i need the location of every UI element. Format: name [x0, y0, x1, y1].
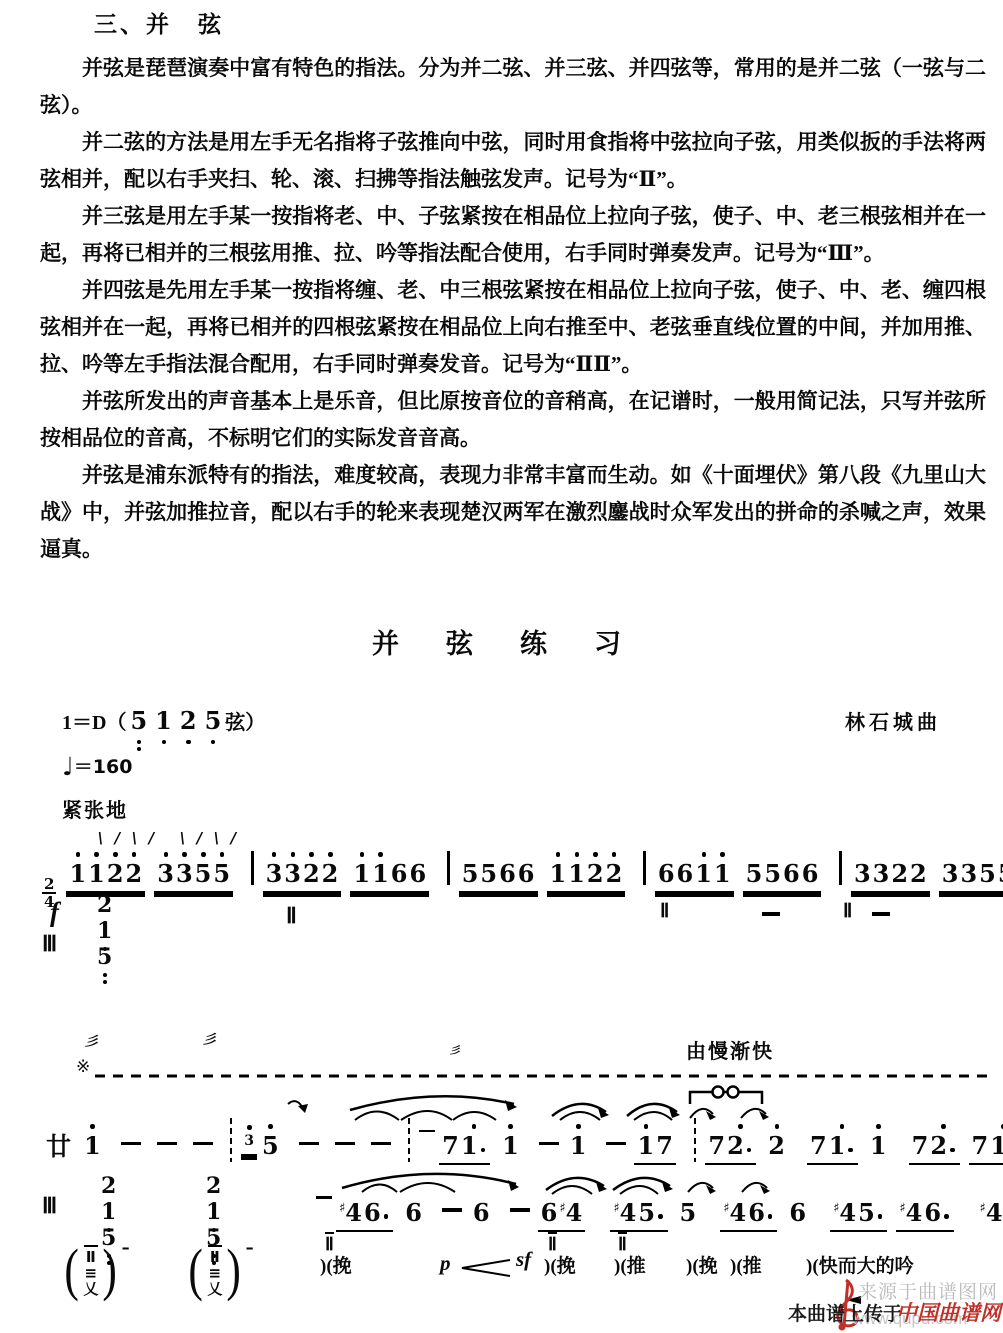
augmentation-dot: [950, 1148, 955, 1153]
octave-dot-above: [113, 852, 118, 857]
chord-note: 2: [100, 1174, 117, 1200]
note-digit: 1: [714, 859, 731, 888]
note-group: ♯45: [610, 1200, 667, 1232]
note-digit: 3: [157, 859, 174, 888]
octave-dot-below: [211, 740, 216, 745]
note-digit: 1: [461, 1131, 478, 1160]
note-group: 71: [439, 1133, 490, 1165]
jianpu-note: 1: [372, 861, 389, 887]
jianpu-note: ♯4: [613, 1200, 636, 1226]
note-digit: 7: [656, 1131, 673, 1160]
jianpu-note: 3: [854, 861, 871, 887]
note-digit: 6: [802, 859, 819, 888]
jianpu-note: 5: [97, 945, 112, 969]
note-digit: 6: [364, 1198, 381, 1227]
octave-dot-above: [90, 1124, 95, 1129]
note-digit: 6: [518, 859, 535, 888]
octave-dot-below: [162, 740, 167, 745]
jianpu-note: 2: [126, 861, 143, 887]
jianpu-note: 5: [195, 861, 212, 887]
note-digit: 1: [353, 859, 370, 888]
annotation-dyn-s: p: [440, 1252, 451, 1274]
augmentation-dot: [384, 1214, 389, 1219]
jianpu-note: 5: [680, 1200, 697, 1226]
jianpu-note: 6: [789, 1200, 806, 1226]
jianpu-note: 7: [442, 1133, 459, 1159]
expression-marking: 紧张地: [62, 798, 128, 824]
jianpu-note: 5: [979, 861, 996, 887]
note-group: 6: [470, 1200, 493, 1230]
note-digit: 3: [960, 859, 977, 888]
note-digit: 6: [748, 1198, 765, 1227]
octave-dot-above: [876, 1124, 881, 1129]
note-group: 3: [241, 1132, 257, 1156]
jianpu-system-2-upper-voice: 廿13571111772271172717: [46, 1118, 1003, 1165]
note-digit: 6: [658, 859, 675, 888]
jianpu-note: 1: [568, 861, 585, 887]
jianpu-note: 6: [783, 861, 800, 887]
jianpu-note: 7: [912, 1133, 929, 1159]
jianpu-note: 5: [746, 861, 763, 887]
fingering-glyph: ≡: [85, 1265, 98, 1281]
augmentation-dot: [848, 1148, 853, 1153]
jianpu-note: 1: [461, 1133, 487, 1159]
note-group: 2: [765, 1133, 788, 1163]
augmentation-dot: [747, 1148, 752, 1153]
crescendo-hairpin: [462, 1260, 510, 1276]
dash-superscript: –: [122, 1240, 130, 1256]
note-digit: 1: [155, 706, 172, 735]
annotation-dyn: f: [50, 898, 59, 926]
octave-dot-above: [472, 1124, 477, 1129]
note-digit: 7: [708, 1131, 725, 1160]
note-digit: 1: [69, 859, 86, 888]
note-digit: 4: [730, 1198, 747, 1227]
annotation-fing: )(挽: [320, 1256, 352, 1278]
note-group: 17: [634, 1133, 675, 1165]
jianpu-note: 5: [998, 861, 1003, 887]
note-group: 1166: [350, 861, 429, 893]
jianpu-note: 5: [213, 861, 230, 887]
duration-dash: [299, 1142, 319, 1146]
annotation-trem: 彡: [201, 1033, 216, 1048]
annotation-rn: Ⅲ: [42, 932, 57, 956]
jianpu-note: 1: [870, 1133, 887, 1159]
jianpu-note: 7: [810, 1133, 827, 1159]
duration-dash: [539, 1142, 559, 1146]
note-digit: 5: [262, 1131, 279, 1160]
note-digit: 5: [746, 859, 763, 888]
note-digit: 5: [130, 706, 147, 735]
note-digit: 6: [783, 859, 800, 888]
note-digit: 5: [462, 859, 479, 888]
jianpu-note: 2: [97, 893, 112, 917]
paragraph: 并弦所发出的声音基本上是乐音，但比原按音位的音稍高，在记谱时，一般用简记法，只写…: [40, 383, 986, 457]
note-digit: 1: [568, 859, 585, 888]
jianpu-note: 5: [462, 861, 479, 887]
jianpu-note: 2: [930, 1133, 956, 1159]
note-group: 5: [677, 1200, 700, 1230]
jianpu-note: 6: [473, 1200, 490, 1226]
tempo-marking: ♩＝160: [62, 752, 132, 782]
jianpu-note: 6: [541, 1200, 558, 1226]
note-group: 5566: [743, 861, 822, 893]
jianpu-note: 7: [972, 1133, 989, 1159]
octave-dot-above: [291, 852, 296, 857]
annotation-cn: 由慢渐快: [686, 1040, 774, 1064]
note-digit: 3: [176, 859, 193, 888]
jianpu-note: 6: [391, 861, 408, 887]
duration-dash: [335, 1142, 355, 1146]
jianpu-note: 6: [658, 861, 675, 887]
octave-dot-above: [702, 852, 707, 857]
annotation-fing: )(挽: [686, 1256, 718, 1278]
jianpu-note: 1: [502, 1133, 519, 1159]
jianpu-note: 5: [764, 861, 781, 887]
note-digit: 1: [695, 859, 712, 888]
note-digit: 2: [180, 706, 197, 735]
annotation-trem-s: 彡: [448, 1045, 460, 1057]
jianpu-note: ♯4: [723, 1200, 746, 1226]
octave-dot-above: [247, 1125, 252, 1130]
jianpu-note: ♯4: [980, 1200, 1003, 1226]
section-title: 三、并 弦: [94, 10, 986, 40]
stroke-bar: [208, 1245, 222, 1248]
barline: [643, 851, 646, 885]
note-group: 1122: [547, 861, 626, 893]
duration-dash: [442, 1208, 462, 1212]
jianpu-note: 3: [284, 861, 301, 887]
jianpu-note: 1: [84, 1133, 101, 1159]
jianpu-note: 6: [409, 861, 426, 887]
jianpu-note: 7: [708, 1133, 725, 1159]
jianpu-note: 2: [180, 708, 197, 736]
augmentation-dot: [481, 1148, 486, 1153]
note-digit: 2: [891, 859, 908, 888]
tie-mark: [316, 1196, 332, 1199]
jianpu-note: 3: [157, 861, 174, 887]
note-digit: 6: [499, 859, 516, 888]
dashed-barline: [230, 1118, 233, 1162]
note-digit: 7: [972, 1131, 989, 1160]
note-digit: 6: [789, 1198, 806, 1227]
note-digit: 5: [858, 1198, 875, 1227]
note-group: 1: [567, 1133, 590, 1163]
pluck-mark: \: [126, 830, 143, 846]
chord-note: 2: [205, 1174, 222, 1200]
annotation-rn-bar: Ⅱ: [618, 1232, 627, 1254]
octave-dot-above: [593, 852, 598, 857]
note-digit: 3: [873, 859, 890, 888]
fingering-symbol-stack: (Ⅱ≡乂)–: [186, 1240, 254, 1300]
note-digit: 4: [620, 1198, 637, 1227]
key-signature: 1＝D（5125弦）: [62, 708, 265, 736]
note-digit: 6: [391, 859, 408, 888]
octave-dot-above: [94, 852, 99, 857]
duration-dash: [371, 1142, 391, 1146]
jianpu-note: 2: [107, 861, 124, 887]
jianpu-note: 1: [637, 1133, 654, 1159]
jianpu-note: 2: [587, 861, 604, 887]
jianpu-note: 1: [990, 1133, 1003, 1159]
jianpu-note: 1: [550, 861, 567, 887]
octave-dot-above: [164, 852, 169, 857]
note-digit: 2: [126, 859, 143, 888]
sharp-icon: ♯: [980, 1201, 986, 1216]
jianpu-note: 6: [802, 861, 819, 887]
jianpu-note: 6: [677, 861, 694, 887]
paren-close: ): [227, 1240, 241, 1300]
note-digit: 2: [768, 1131, 785, 1160]
note-digit: 3: [854, 859, 871, 888]
stroke-bar: [84, 1245, 98, 1248]
annotation-rn-bar: Ⅱ: [548, 1232, 557, 1254]
jianpu-note: 3: [244, 1132, 254, 1150]
paragraph: 并弦是浦东派特有的指法，难度较高，表现力非常丰富而生动。如《十面埋伏》第八段《九…: [40, 457, 986, 568]
octave-dot-above: [720, 852, 725, 857]
note-digit: 2: [107, 859, 124, 888]
annotation-rn: Ⅲ: [42, 1194, 57, 1218]
jianpu-note: 2: [727, 1133, 753, 1159]
note-group: 71: [807, 1133, 858, 1165]
jianpu-note: ♯4: [339, 1200, 362, 1226]
time-sig-top: 2: [44, 876, 54, 892]
technique-symbol: 廿: [46, 1134, 71, 1161]
octave-dot-above: [309, 852, 314, 857]
paragraph: 并三弦是用左手某一按指将老、中、子弦紧按在相品位上拉向子弦，使子、中、老三根弦相…: [40, 198, 986, 272]
annotation-fing: )(推: [614, 1256, 646, 1278]
jianpu-note: 3: [942, 861, 959, 887]
octave-dot-below: [137, 740, 142, 745]
annotation-bar-dash: [872, 912, 890, 916]
note-digit: 2: [97, 892, 112, 918]
note-digit: 3: [942, 859, 959, 888]
note-digit: 1: [88, 859, 105, 888]
note-digit: 2: [101, 1173, 116, 1199]
octave-dot-above: [576, 1124, 581, 1129]
octave-dot-below: [103, 973, 108, 978]
note-digit: 1: [84, 1131, 101, 1160]
octave-dot-above: [268, 1124, 273, 1129]
jianpu-note: 6: [924, 1200, 950, 1226]
note-digit: 1: [550, 859, 567, 888]
fingering-symbol-stack: (Ⅱ≡乂)–: [62, 1240, 130, 1300]
duration-dash: [121, 1142, 141, 1146]
fingering-glyph: Ⅱ: [86, 1249, 96, 1265]
augmentation-dot: [768, 1214, 773, 1219]
octave-dot-above: [556, 852, 561, 857]
note-digit: 7: [912, 1131, 929, 1160]
note-group: ♯46: [896, 1200, 953, 1232]
note-group: 3322: [851, 861, 930, 893]
note-digit: 5: [764, 859, 781, 888]
note-digit: 1: [637, 1131, 654, 1160]
pluck-mark: \: [174, 830, 191, 846]
note-digit: 1: [570, 1131, 587, 1160]
jianpu-note: 7: [656, 1133, 673, 1159]
jianpu-note: 2: [891, 861, 908, 887]
jianpu-system-1: 2411223355332211665566112266115566332233…: [42, 851, 1003, 910]
chord-note: 1: [100, 1200, 117, 1226]
sharp-icon: ♯: [899, 1201, 905, 1216]
fingering-glyph: Ⅱ: [210, 1249, 220, 1265]
note-group: 1122: [66, 861, 145, 893]
octave-dot-above: [575, 852, 580, 857]
jianpu-note: 2: [910, 861, 927, 887]
key-prefix: 1＝D（: [62, 712, 126, 734]
note-group: 1: [81, 1133, 104, 1163]
jianpu-note: 6: [499, 861, 516, 887]
jianpu-note: 2: [101, 1174, 116, 1198]
octave-dot-above: [220, 852, 225, 857]
note-digit: 4: [906, 1198, 923, 1227]
note-digit: 6: [924, 1198, 941, 1227]
note-group: 72: [705, 1133, 756, 1165]
fingering-glyph: ≡: [209, 1265, 222, 1281]
pluck-mark: /: [109, 830, 126, 846]
note-digit: 2: [587, 859, 604, 888]
note-digit: 7: [442, 1131, 459, 1160]
pluck-mark: /: [191, 830, 208, 846]
jianpu-note: ♯4: [559, 1200, 582, 1226]
note-digit: 4: [839, 1198, 856, 1227]
octave-dot-above: [840, 1124, 845, 1129]
jianpu-note: 1: [206, 1200, 221, 1224]
paren-open: (: [188, 1240, 202, 1300]
annotation-rn-bar: Ⅱ: [325, 1232, 334, 1254]
note-group: ♯4: [977, 1200, 1003, 1230]
pluck-mark: /: [225, 830, 242, 846]
duration-dash: [193, 1142, 213, 1146]
note-digit: 1: [101, 1199, 116, 1225]
note-group: ♯46: [336, 1200, 393, 1232]
note-digit: 2: [910, 859, 927, 888]
note-digit: 5: [680, 1198, 697, 1227]
note-digit: 2: [727, 1131, 744, 1160]
paragraph: 并二弦的方法是用左手无名指将子弦推向中弦，同时用食指将中弦拉向子弦，用类似扳的手…: [40, 124, 986, 198]
octave-dot-above: [272, 852, 277, 857]
augmentation-dot: [944, 1214, 949, 1219]
octave-dot-above: [360, 852, 365, 857]
note-digit: 1: [870, 1131, 887, 1160]
note-digit: 6: [409, 859, 426, 888]
note-digit: 3: [266, 859, 283, 888]
barline: [447, 851, 450, 885]
note-digit: 1: [829, 1131, 846, 1160]
duration-dash: [510, 1208, 530, 1212]
note-digit: 6: [677, 859, 694, 888]
note-digit: 5: [213, 859, 230, 888]
watermark-site-name: 中国曲谱网: [896, 1301, 1001, 1325]
octave-dot-above: [508, 1124, 513, 1129]
jianpu-note: 1: [353, 861, 370, 887]
augmentation-dot: [658, 1214, 663, 1219]
octave-dot-above: [644, 1124, 649, 1129]
note-group: 3322: [263, 861, 342, 893]
octave-dot-below: [186, 740, 191, 745]
note-digit: 4: [345, 1198, 362, 1227]
pluck-stroke-marks: \/\/\/\/: [92, 830, 242, 846]
octave-dot-above: [328, 852, 333, 857]
pluck-mark: \: [208, 830, 225, 846]
annotation-rn-s: Ⅱ: [843, 902, 852, 922]
note-digit: 1: [206, 1199, 221, 1225]
jianpu-note: 1: [97, 919, 112, 943]
octave-dot-above: [941, 1124, 946, 1129]
jianpu-note: 6: [364, 1200, 390, 1226]
dash-superscript: –: [246, 1240, 254, 1256]
pluck-mark: /: [143, 830, 160, 846]
paragraph: 并四弦是先用左手某一按指将缠、老、中三根弦紧按在相品位上拉向子弦，使子、中、老、…: [40, 272, 986, 383]
jianpu-note: 3: [960, 861, 977, 887]
note-digit: 2: [322, 859, 339, 888]
tie-mark: [419, 1130, 435, 1133]
jianpu-note: 5: [480, 861, 497, 887]
note-group: 6♯4: [538, 1200, 586, 1232]
annotation-fing: )(快而大的吟: [806, 1256, 914, 1278]
jianpu-note: 5: [638, 1200, 664, 1226]
annotation-rn: Ⅱ: [286, 904, 297, 928]
jianpu-note: 1: [101, 1200, 116, 1224]
annotation-trem: 彡: [83, 1035, 98, 1050]
sharp-icon: ♯: [723, 1201, 729, 1216]
octave-dot-above: [182, 852, 187, 857]
note-digit: 5: [638, 1198, 655, 1227]
note-digit: 1: [502, 1131, 519, 1160]
jianpu-note: 3: [873, 861, 890, 887]
octave-dot-below: [103, 980, 108, 985]
note-digit: 1: [97, 918, 112, 944]
jianpu-note: 2: [206, 1174, 221, 1198]
note-group: 1: [499, 1133, 522, 1163]
jianpu-note: 5: [205, 708, 222, 736]
annotation-dyn-s: sf: [516, 1248, 531, 1270]
fingering-glyphs: Ⅱ≡乂: [207, 1243, 222, 1298]
sharp-icon: ♯: [613, 1201, 619, 1216]
note-digit: 5: [480, 859, 497, 888]
note-group: 5: [259, 1133, 282, 1163]
note-digit: 1: [990, 1131, 1003, 1160]
paragraph: 并弦是琵琶演奏中富有特色的指法。分为并二弦、并三弦、并四弦等，常用的是并二弦（一…: [40, 50, 986, 124]
jianpu-note: 5: [130, 708, 147, 736]
note-digit: 6: [405, 1198, 422, 1227]
jianpu-note: 2: [606, 861, 623, 887]
note-digit: 6: [541, 1198, 558, 1227]
annotation-star: ※: [76, 1058, 90, 1076]
pluck-mark: \: [92, 830, 109, 846]
octave-dot-above: [378, 852, 383, 857]
jianpu-note: 6: [405, 1200, 422, 1226]
jianpu-note: 2: [768, 1133, 785, 1159]
annotation-fing: )(推: [730, 1256, 762, 1278]
note-group: 3355: [939, 861, 1003, 893]
duration-dash: [606, 1142, 626, 1146]
scanned-score-page: 三、并 弦 并弦是琵琶演奏中富有特色的指法。分为并二弦、并三弦、并四弦等，常用的…: [0, 0, 1003, 1333]
note-group: ♯45: [830, 1200, 887, 1232]
annotation-bar-dash: [762, 912, 780, 916]
tuning-notes: 5125: [126, 712, 225, 734]
jianpu-note: 1: [88, 861, 105, 887]
sharp-icon: ♯: [833, 1201, 839, 1216]
jianpu-note: ♯4: [833, 1200, 856, 1226]
barline: [839, 851, 842, 885]
note-group: 5566: [459, 861, 538, 893]
note-group: 6611: [655, 861, 734, 893]
note-group: 72: [909, 1133, 960, 1165]
jianpu-note: 1: [714, 861, 731, 887]
note-group: 6: [402, 1200, 425, 1230]
jianpu-note: 3: [266, 861, 283, 887]
